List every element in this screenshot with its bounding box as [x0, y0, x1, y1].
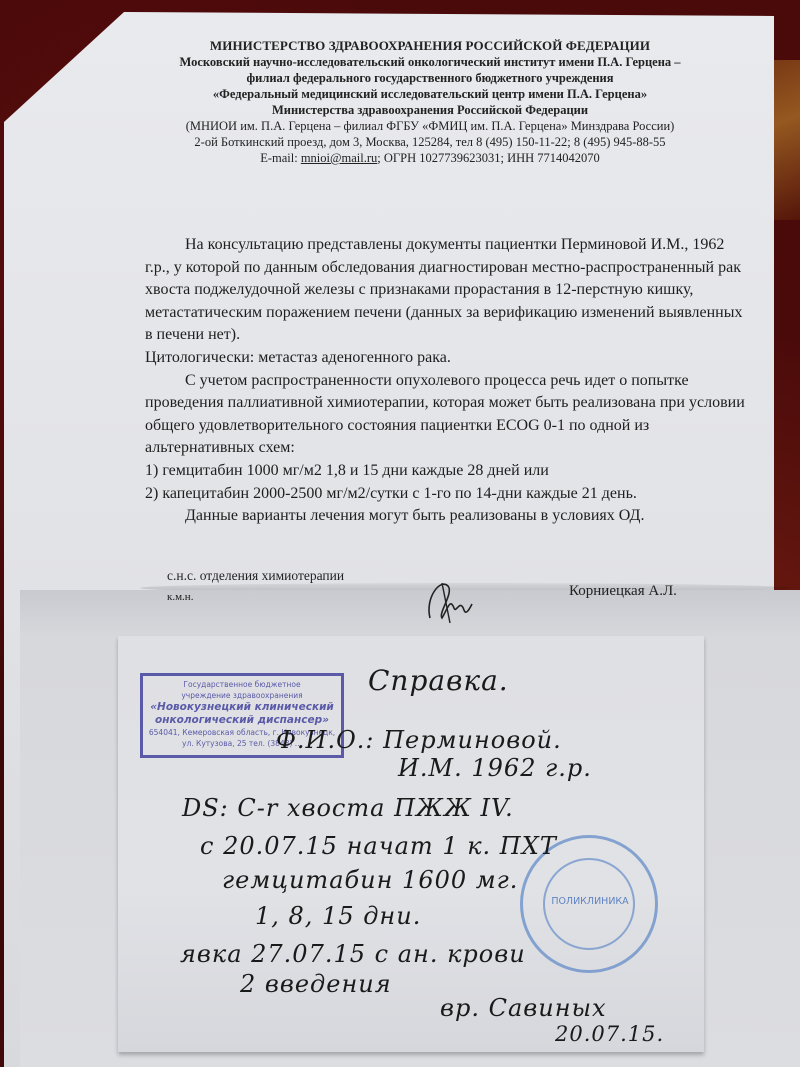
email-label: E-mail:	[260, 151, 301, 165]
institute-address: 2-ой Боткинский проезд, дом 3, Москва, 1…	[130, 134, 730, 150]
signatory-position: с.н.с. отделения химиотерапии	[167, 568, 344, 584]
paragraph-treatment: С учетом распространенности опухолевого …	[145, 370, 745, 460]
signature-icon	[420, 568, 480, 628]
institute-abbreviation: (МНИОИ им. П.А. Герцена – филиал ФГБУ «Ф…	[130, 118, 730, 134]
email-link[interactable]: mnioi@mail.ru	[301, 151, 377, 165]
ministry-title: МИНИСТЕРСТВО ЗДРАВООХРАНЕНИЯ РОССИЙСКОЙ …	[130, 38, 730, 54]
institute-line-4: Министерства здравоохранения Российской …	[130, 102, 730, 118]
treatment-scheme-1: 1) гемцитабин 1000 мг/м2 1,8 и 15 дни ка…	[145, 460, 745, 483]
institute-line-2: филиал федерального государственного бюд…	[130, 70, 730, 86]
note-injections: 2 введения	[240, 970, 392, 998]
contact-line: E-mail: mnioi@mail.ru; ОГРН 102773962303…	[130, 150, 730, 166]
note-diagnosis: DS: С-r хвоста ПЖЖ IV.	[182, 794, 514, 822]
registration-numbers: ; ОГРН 1027739623031; ИНН 7714042070	[377, 151, 600, 165]
note-patient-name: Ф.И.О.: Перминовой.	[276, 726, 562, 754]
stamp-line-2: учреждение здравоохранения	[143, 690, 341, 701]
signatory-name: Корниецкая А.Л.	[569, 583, 677, 600]
stamp-line-3: «Новокузнецкий клинический	[143, 701, 341, 714]
note-doctor: вр. Савиных	[440, 994, 607, 1022]
signatory-degree: к.м.н.	[167, 591, 193, 603]
note-drug-dose: гемцитабин 1600 мг.	[222, 866, 518, 894]
note-date: 20.07.15.	[555, 1022, 664, 1046]
note-next-visit: явка 27.07.15 с ан. крови	[180, 940, 526, 968]
note-therapy-start: с 20.07.15 начат 1 к. ПХТ	[200, 832, 557, 860]
round-seal-label: ПОЛИКЛИНИКА	[545, 896, 635, 907]
letterhead: МИНИСТЕРСТВО ЗДРАВООХРАНЕНИЯ РОССИЙСКОЙ …	[130, 38, 730, 166]
note-patient-initials: И.М. 1962 г.р.	[398, 754, 592, 782]
note-title: Справка.	[368, 664, 509, 697]
paragraph-conclusion: Данные варианты лечения могут быть реали…	[145, 505, 745, 528]
institute-line-1: Московский научно-исследовательский онко…	[130, 54, 730, 70]
institute-line-3: «Федеральный медицинский исследовательск…	[130, 86, 730, 102]
treatment-scheme-2: 2) капецитабин 2000-2500 мг/м2/сутки с 1…	[145, 483, 745, 506]
paragraph-cytology: Цитологически: метастаз аденогенного рак…	[145, 347, 745, 370]
stamp-line-1: Государственное бюджетное	[143, 679, 341, 690]
paragraph-diagnosis: На консультацию представлены документы п…	[145, 234, 745, 347]
note-days: 1, 8, 15 дни.	[255, 902, 421, 930]
letter-body: На консультацию представлены документы п…	[145, 234, 745, 528]
